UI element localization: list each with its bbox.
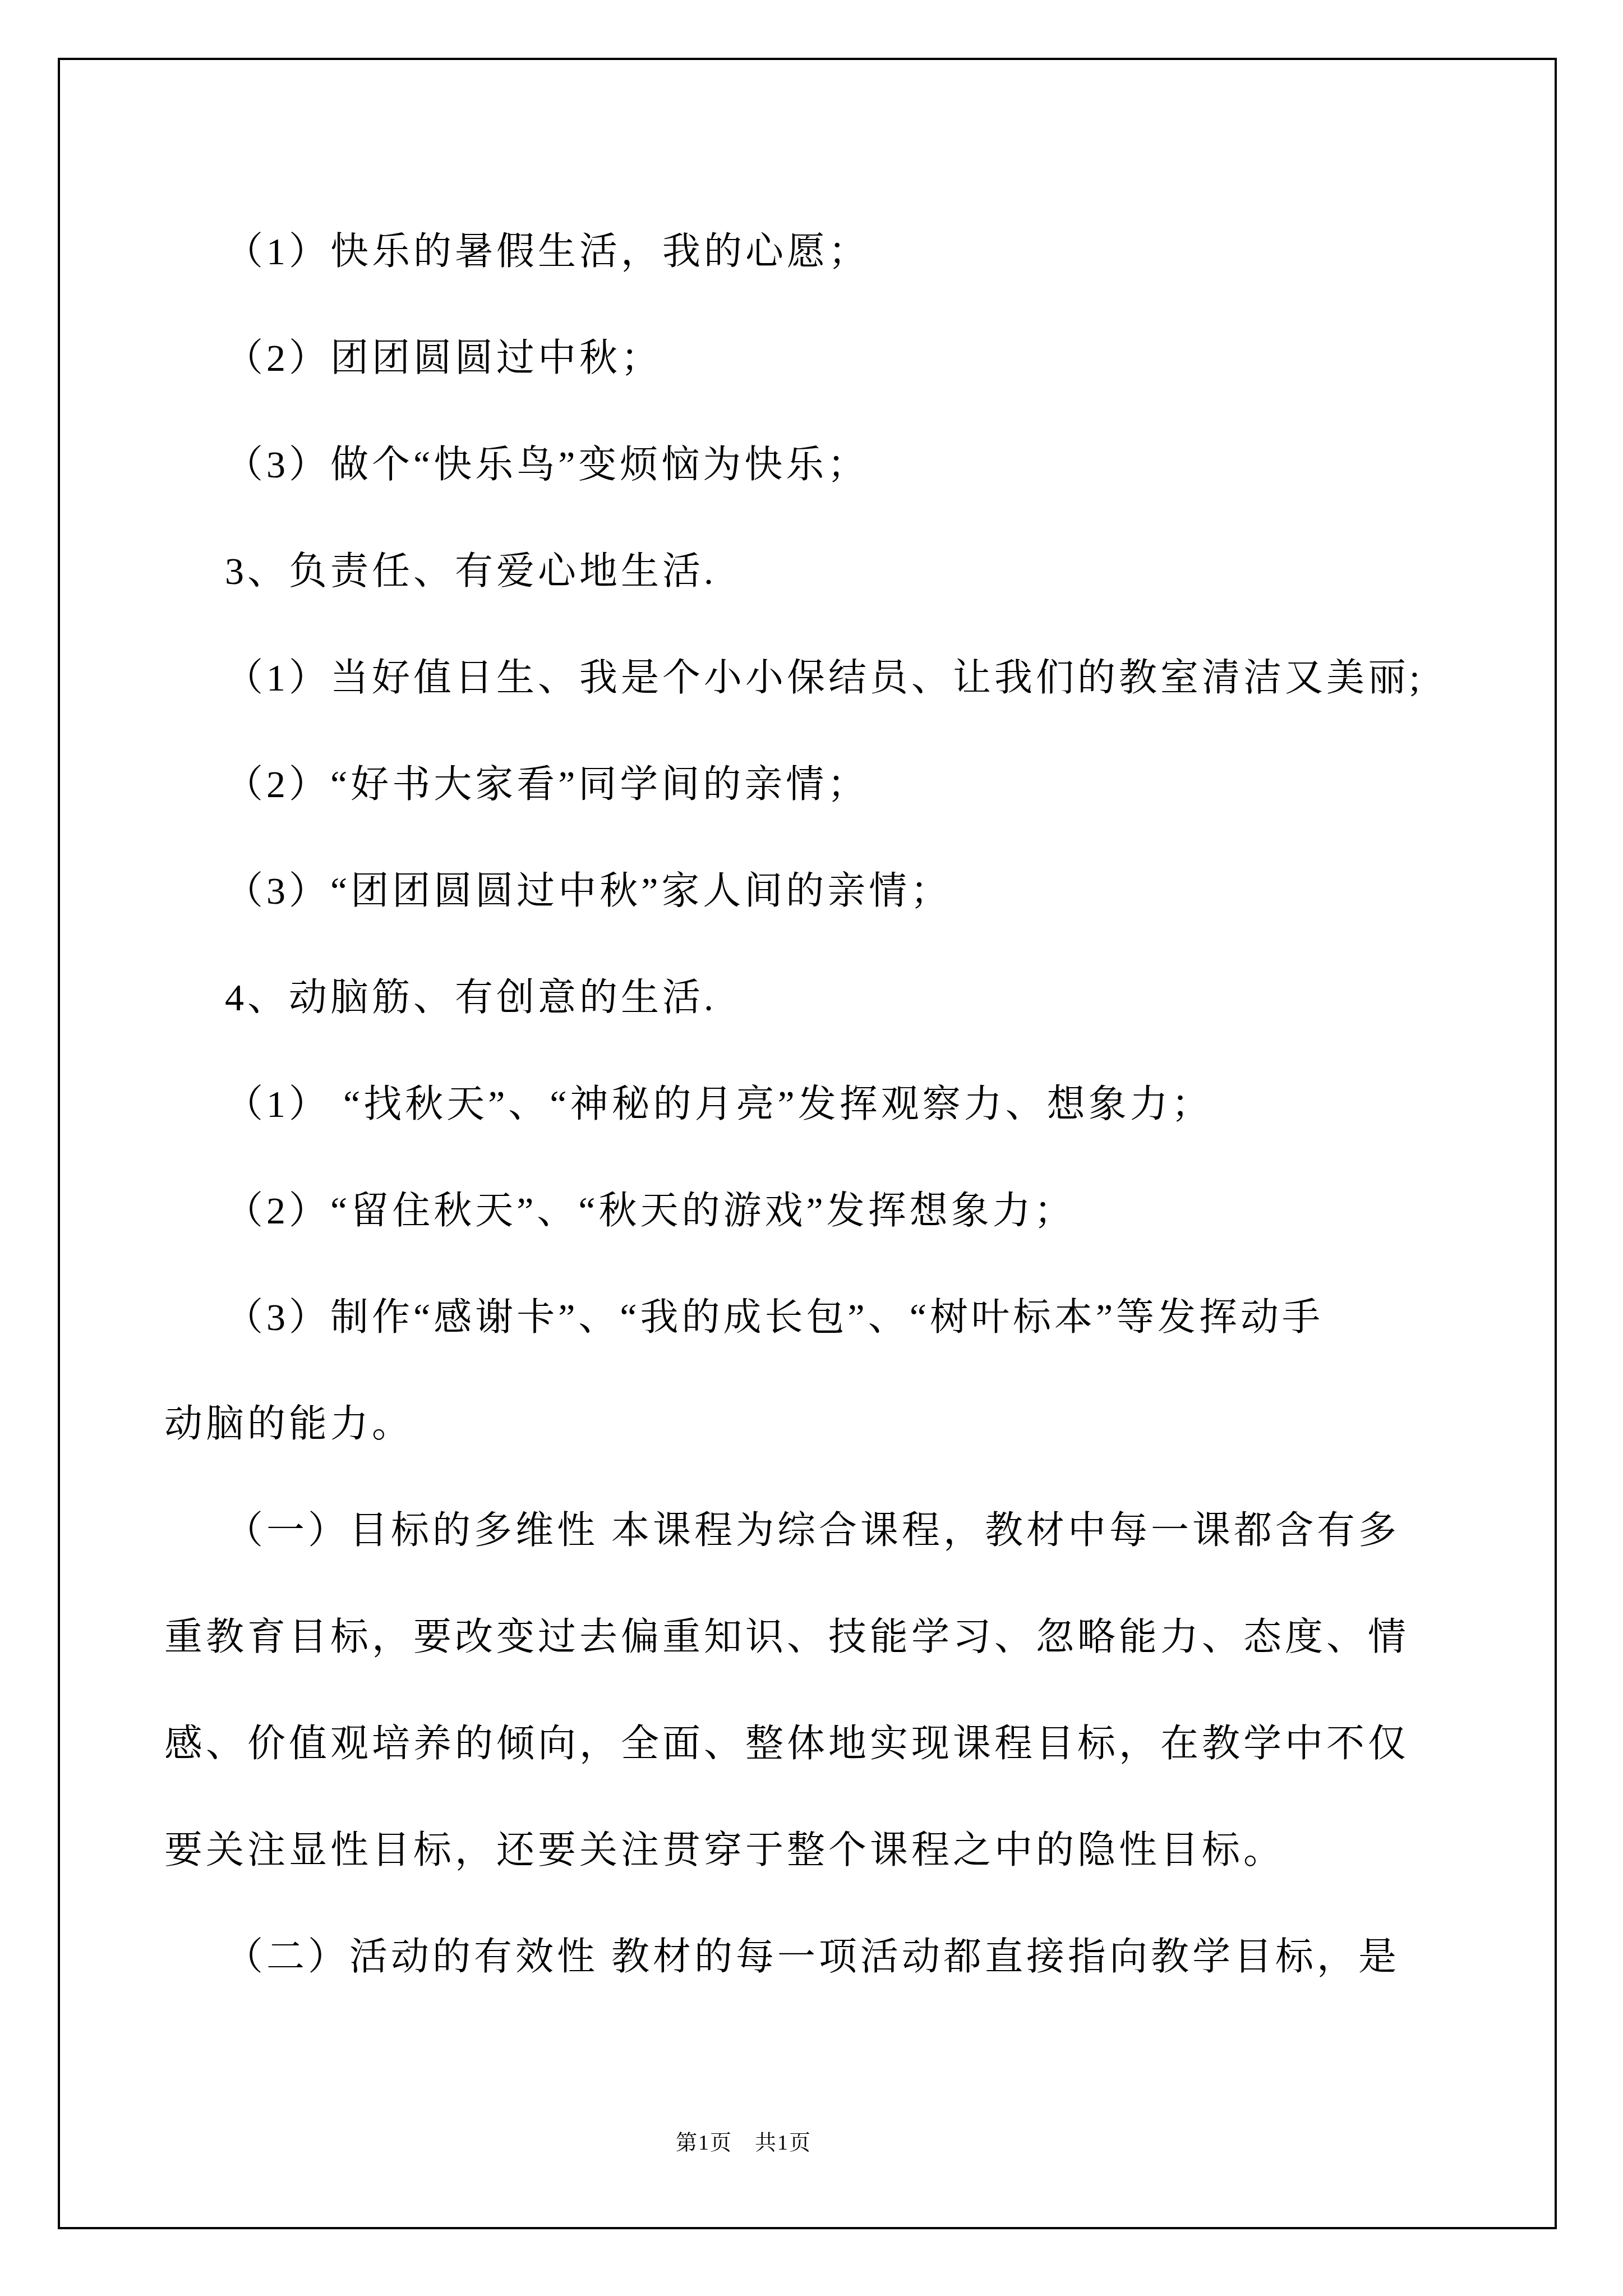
text-line: （二）活动的有效性 教材的每一项活动都直接指向教学目标，是 (164, 1903, 1432, 2010)
text-line: （3）“团团圆圆过中秋”家人间的亲情； (164, 838, 1432, 944)
document-body: （1）快乐的暑假生活，我的心愿； （2）团团圆圆过中秋； （3）做个“快乐鸟”变… (164, 198, 1432, 2010)
text-line: （1）快乐的暑假生活，我的心愿； (164, 198, 1432, 305)
page-footer: 第1页 共1页 (676, 2126, 811, 2160)
text-line: 感、价值观培养的倾向，全面、整体地实现课程目标，在教学中不仅 (164, 1690, 1432, 1797)
text-line: 要关注显性目标，还要关注贯穿于整个课程之中的隐性目标。 (164, 1797, 1432, 1903)
text-line: 重教育目标，要改变过去偏重知识、技能学习、忽略能力、态度、情 (164, 1584, 1432, 1690)
text-line: （1）当好值日生、我是个小小保结员、让我们的教室清洁又美丽; (164, 624, 1432, 731)
text-line: （2）团团圆圆过中秋； (164, 305, 1432, 411)
text-line: （一）目标的多维性 本课程为综合课程，教材中每一课都含有多 (164, 1477, 1432, 1584)
text-line: （2）“好书大家看”同学间的亲情； (164, 731, 1432, 838)
text-line: 4、动脑筋、有创意的生活. (164, 944, 1432, 1051)
document-page: { "page": { "background_color": "#ffffff… (0, 0, 1623, 2296)
text-line: （2）“留住秋天”、“秋天的游戏”发挥想象力； (164, 1157, 1432, 1264)
text-line: （3）做个“快乐鸟”变烦恼为快乐； (164, 411, 1432, 518)
text-line: 动脑的能力。 (164, 1370, 1432, 1477)
text-line: （3）制作“感谢卡”、“我的成长包”、“树叶标本”等发挥动手 (164, 1264, 1432, 1370)
text-line: 3、负责任、有爱心地生活. (164, 518, 1432, 624)
text-line: （1） “找秋天”、“神秘的月亮”发挥观察力、想象力； (164, 1051, 1432, 1157)
